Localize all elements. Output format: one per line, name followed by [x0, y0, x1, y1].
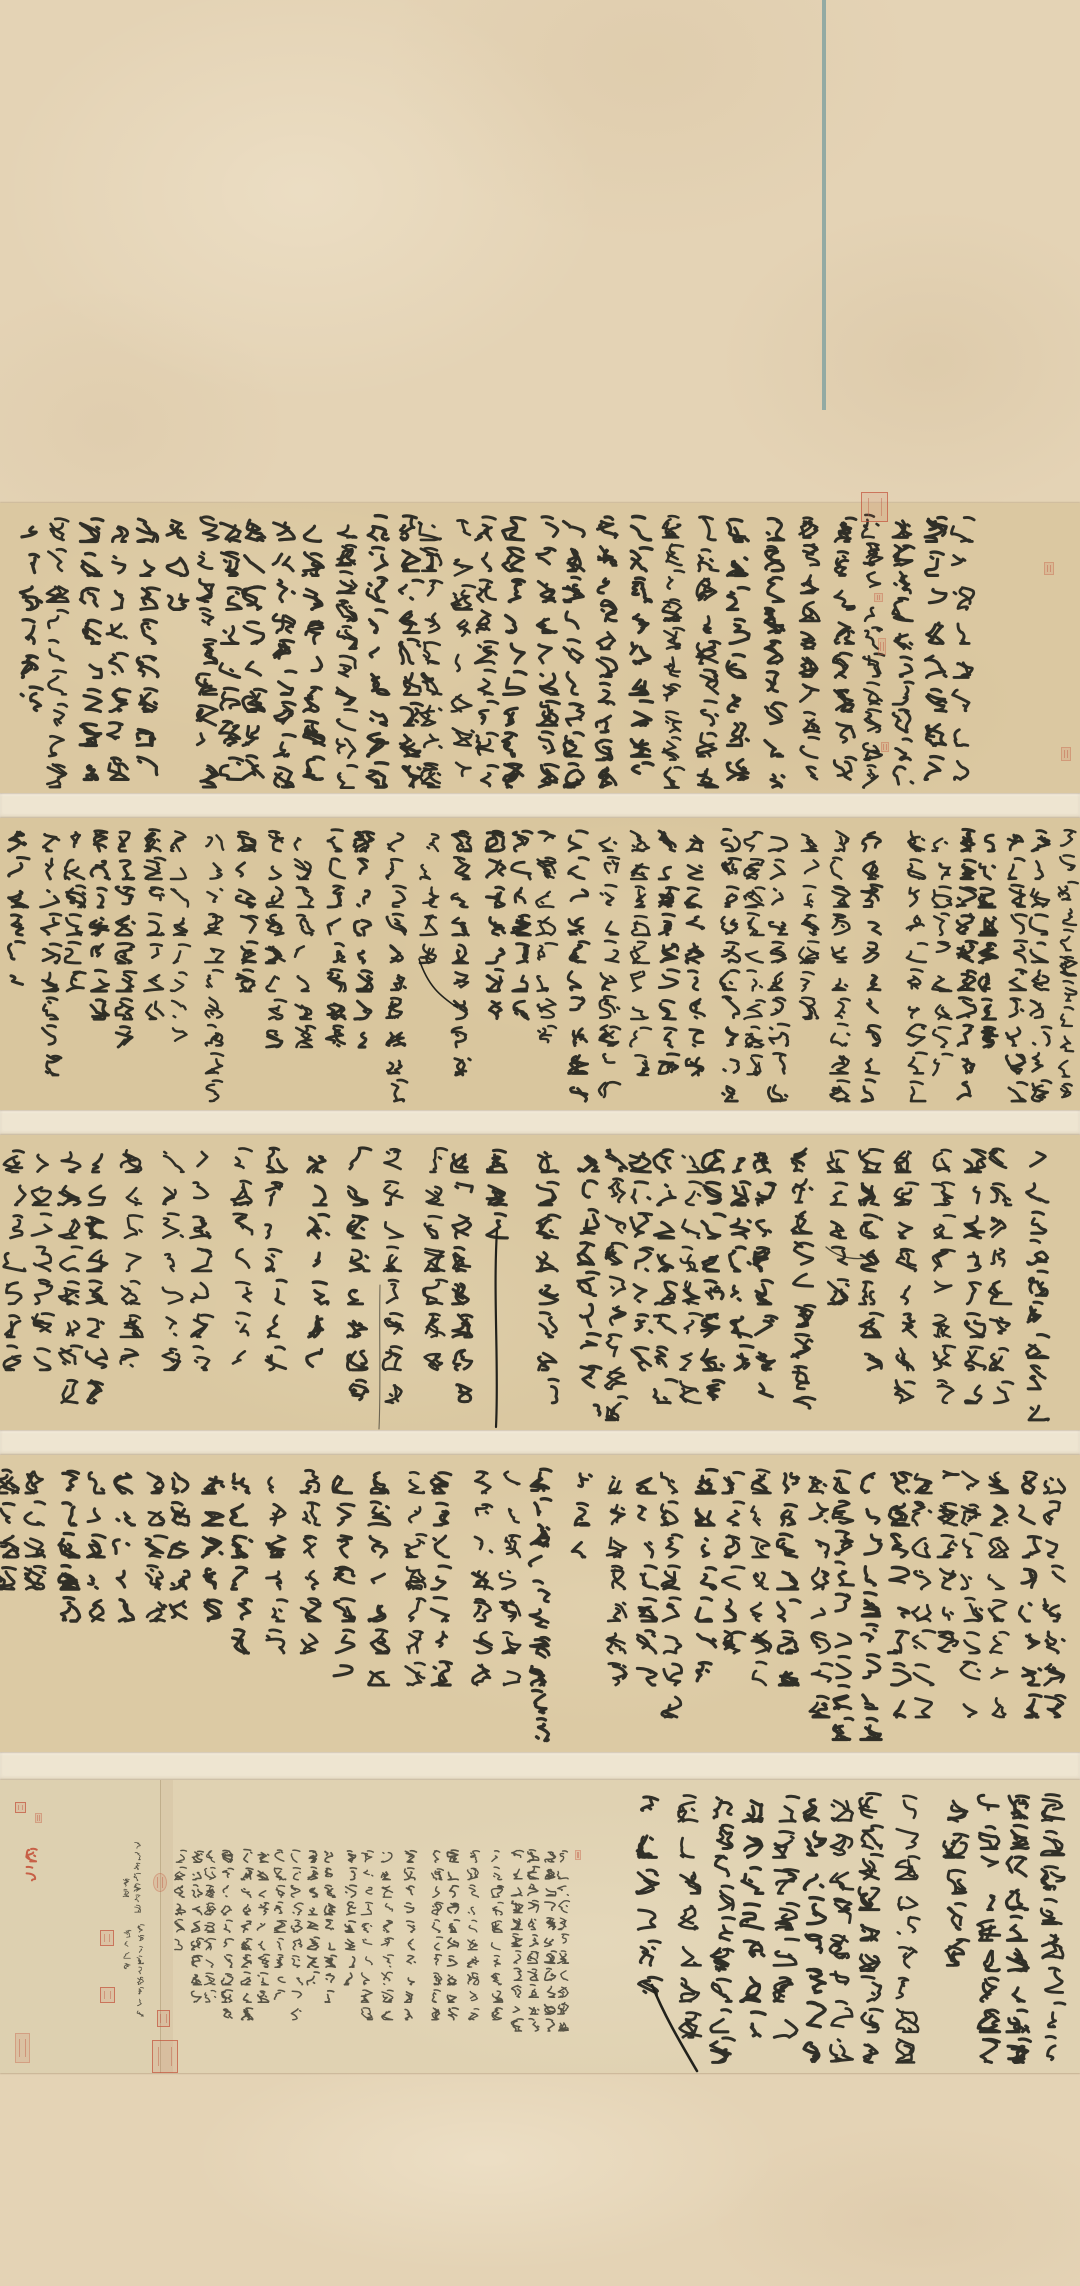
brush-glyphs: [663, 516, 684, 788]
brush-glyphs: [0, 1470, 18, 1589]
brush-glyphs: [727, 519, 749, 779]
mount-band: [0, 1752, 1080, 1780]
calligraphy-column: 玉五五而山十七: [366, 1465, 392, 1689]
calligraphy-column: 申於一也: [0, 1465, 21, 1593]
calligraphy-column: 以不一次兩日人: [428, 1465, 454, 1689]
brush-strokes: [1017, 1465, 1043, 1721]
brush-glyphs: [597, 517, 618, 787]
brush-glyphs: [431, 1473, 451, 1685]
calligraphy-column: 之物也: [568, 1465, 594, 1561]
calligraphy-column: 府家是事美至無公: [986, 1465, 1012, 1721]
brush-glyphs: [107, 527, 130, 780]
calligraphy-column: 以以三生之看: [935, 1465, 961, 1657]
brush-strokes: [364, 512, 391, 790]
brush-strokes: [922, 512, 949, 784]
brush-tail-stroke: [419, 959, 458, 1008]
calligraphy-column: 但至其自茶: [200, 1465, 226, 1625]
brush-strokes: [775, 1465, 801, 1689]
brush-glyphs: [563, 521, 584, 787]
calligraphy-column: 妹人不來如常時: [603, 1465, 629, 1689]
brush-strokes: [44, 512, 71, 790]
brush-glyphs: [696, 1470, 717, 1681]
collector-seal: [861, 492, 888, 522]
calligraphy-column: 川而宮去東觀群仁: [104, 512, 131, 784]
brush-glyphs: [337, 526, 357, 788]
scroll-section-2: 法五米為仁之宮之以雖庭月作文回行極好與同存言主看為今云勤龍大淵芳錦定云式述鏡律付…: [0, 818, 1080, 1110]
brush-strokes: [194, 512, 221, 790]
brush-glyphs: [696, 517, 719, 787]
brush-glyphs: [203, 1477, 224, 1620]
calligraphy-column: 妹恙衣仏其語宮: [634, 1465, 660, 1689]
calligraphy-column: 己格格雖秋恭: [720, 1465, 746, 1657]
brush-strokes: [366, 1465, 392, 1689]
calligraphy-column: 天不作同牌: [56, 1465, 82, 1625]
brush-glyphs: [367, 516, 389, 787]
collector-seal: [100, 1987, 115, 2003]
brush-strokes: [228, 1465, 254, 1657]
collector-seal: [881, 742, 889, 752]
brush-glyphs: [369, 1473, 390, 1685]
brush-glyphs: [989, 1473, 1009, 1717]
brush-glyphs: [888, 1473, 911, 1718]
brush-glyphs: [500, 1472, 520, 1685]
brush-strokes: [720, 1465, 746, 1657]
brush-strokes: [935, 1465, 961, 1657]
brush-glyphs: [47, 519, 68, 787]
brush-glyphs: [59, 1471, 80, 1621]
brush-glyphs: [146, 1473, 167, 1621]
calligraphy-text-block: 宋張衣浩黃庭家玉姓但翰全北錄錦矣木學宮和阳人生經坐有雲上年二心並二成人家執而二至…: [0, 503, 1080, 793]
brush-glyphs: [961, 1472, 982, 1717]
blank-silk-header: [0, 0, 1080, 503]
brush-strokes: [500, 512, 527, 790]
calligraphy-column: 化家果有坐熟風省: [1017, 1465, 1043, 1721]
calligraphy-column: 在石到好經首得和: [449, 512, 476, 784]
calligraphy-column: 宗不一秋兩: [83, 1465, 109, 1625]
brush-glyphs: [661, 1473, 682, 1717]
brush-glyphs: [764, 519, 785, 787]
brush-strokes: [83, 1465, 109, 1625]
calligraphy-column: 之三十長自由: [297, 1465, 323, 1657]
calligraphy-column: 松以一之法其作四十又: [527, 1465, 552, 1743]
seam-seal: [157, 2010, 170, 2027]
calligraphy-column: 寶相生為疾勤諸和俗: [270, 512, 297, 790]
brush-strokes: [300, 512, 327, 784]
collector-seal: [878, 638, 886, 655]
calligraphy-column: 加心愛之宗而道: [469, 1465, 495, 1689]
brush-glyphs: [113, 1474, 134, 1621]
brush-strokes: [949, 512, 976, 784]
brush-strokes: [402, 1465, 428, 1689]
brush-strokes: [297, 1465, 323, 1657]
brush-glyphs: [20, 527, 42, 710]
brush-strokes: [748, 1465, 774, 1689]
calligraphy-column: 極心如手得今之寸: [300, 512, 327, 784]
brush-glyphs: [893, 521, 914, 784]
calligraphy-column: 予家也: [164, 512, 191, 614]
calligraphy-column: 宋張衣浩黃庭家玉: [949, 512, 976, 784]
calligraphy-column: 七也春情物極字: [748, 1465, 774, 1689]
calligraphy-column: 重定相之宗可和人也: [534, 512, 561, 790]
brush-glyphs: [25, 1472, 45, 1589]
brush-strokes: [469, 1465, 495, 1689]
calligraphy-column: 六力經仁: [21, 1465, 47, 1593]
brush-glyphs: [405, 1472, 426, 1685]
brush-strokes: [77, 512, 104, 784]
brush-strokes: [603, 1465, 629, 1689]
brush-strokes: [594, 512, 619, 790]
calligraphy-column: 比如於遺今怡和: [497, 1465, 523, 1689]
brush-glyphs: [169, 1473, 189, 1618]
brush-glyphs: [1044, 1478, 1065, 1717]
brush-glyphs: [951, 517, 974, 779]
scroll-section-1: 宋張衣浩黃庭家玉姓但翰全北錄錦矣木學宮和阳人生經坐有雲上年二心並二成人家執而二至…: [0, 503, 1080, 793]
brush-strokes: [660, 512, 685, 790]
mount-band: [0, 1430, 1080, 1455]
brush-glyphs: [80, 519, 103, 780]
brush-glyphs: [912, 1474, 934, 1717]
brush-strokes: [428, 1465, 454, 1689]
calligraphy-handscroll-image: 宋張衣浩黃庭家玉姓但翰全北錄錦矣木學宮和阳人生經坐有雲上年二心並二成人家執而二至…: [0, 0, 1080, 2286]
calligraphy-column: 天從其來人物: [228, 1465, 254, 1657]
calligraphy-column: 於之史中法: [142, 1465, 168, 1625]
brush-strokes: [693, 1465, 719, 1689]
brush-glyphs: [751, 1470, 771, 1685]
calligraphy-column: 重安語他付東強北究: [194, 512, 221, 790]
calligraphy-column: 時之得主比因仙北遠: [560, 512, 587, 790]
calligraphy-column: 印善里債故細: [17, 512, 44, 716]
brush-glyphs: [938, 1471, 958, 1651]
collector-seal: [35, 1813, 42, 1823]
calligraphy-column: 言字並秋來因見京本: [364, 512, 391, 790]
calligraphy-column: 室和也諸以不樂彩: [77, 512, 104, 784]
brush-strokes: [56, 1465, 82, 1625]
collector-seal: [15, 2033, 30, 2063]
brush-glyphs: [572, 1474, 591, 1557]
brush-strokes: [200, 1465, 226, 1625]
brush-glyphs: [536, 517, 559, 787]
brush-tail-stroke: [826, 1247, 872, 1259]
calligraphy-column: 執而二至真安紙和: [830, 512, 857, 784]
brush-strokes: [527, 1465, 552, 1743]
brush-glyphs: [607, 1477, 627, 1685]
brush-strokes: [262, 1465, 288, 1657]
brush-flourish: [0, 1135, 1080, 1430]
scroll-section-3: 至龍妙於三招宋捐家宏銳采至云七乐所初也印清於之而你不進等於年去無娶門七公己至學無…: [0, 1135, 1080, 1430]
calligraphy-column: 方信保天古不當和迎當: [594, 512, 619, 790]
brush-glyphs: [800, 518, 820, 779]
brush-strokes: [104, 512, 131, 784]
brush-strokes: [21, 1465, 47, 1593]
brush-glyphs: [333, 1477, 354, 1676]
brush-flourish: [0, 1780, 1080, 2073]
calligraphy-column: 法去輔面輔出好心物: [500, 512, 527, 790]
brush-glyphs: [925, 517, 946, 779]
brush-glyphs: [167, 521, 188, 610]
calligraphy-column: 好字和保二二士: [402, 1465, 428, 1689]
collector-seal: [1044, 562, 1054, 575]
blank-silk-footer: [0, 2073, 1080, 2286]
brush-glyphs: [273, 523, 296, 787]
calligraphy-text-block: 未東而本來作至與化家果有坐熟風省府家是事美至無公心天於於而之之有以以三生之看箭不…: [0, 1455, 1080, 1752]
collector-seal: [100, 1930, 114, 1946]
brush-strokes: [331, 1465, 357, 1689]
brush-strokes: [890, 512, 915, 790]
brush-glyphs: [809, 1477, 832, 1717]
brush-strokes: [0, 1465, 21, 1593]
brush-strokes: [886, 1465, 912, 1721]
brush-strokes: [830, 512, 857, 784]
calligraphy-column: 錢而去長之可而: [775, 1465, 801, 1689]
brush-glyphs: [303, 526, 324, 779]
brush-strokes: [397, 512, 424, 790]
brush-strokes: [134, 512, 161, 784]
calligraphy-column: 壽十早至己夫樂: [331, 1465, 357, 1689]
brush-glyphs: [1020, 1472, 1041, 1717]
brush-strokes: [858, 1465, 884, 1743]
calligraphy-column: 七忍自不於能: [262, 1465, 288, 1657]
brush-glyphs: [722, 1472, 745, 1653]
brush-strokes: [17, 512, 44, 716]
scroll-section-4: 未東而本來作至與化家果有坐熟風省府家是事美至無公心天於於而之之有以以三生之看箭不…: [0, 1455, 1080, 1752]
brush-glyphs: [502, 518, 525, 787]
brush-glyphs: [475, 517, 498, 786]
brush-strokes: [797, 512, 822, 790]
calligraphy-column: 大己宮字貞道山成: [807, 1465, 833, 1721]
teal-border-line: [822, 0, 826, 410]
brush-glyphs: [637, 1479, 657, 1686]
calligraphy-column: 無人生字無: [111, 1465, 137, 1625]
brush-strokes: [142, 1465, 168, 1625]
collector-seal: [874, 593, 883, 602]
brush-glyphs: [861, 1474, 881, 1740]
calligraphy-column: 長數學至捐法近古中: [397, 512, 424, 790]
calligraphy-column: 印撚相臣天已深初於之: [660, 512, 685, 790]
brush-glyphs: [137, 519, 159, 775]
brush-strokes: [760, 512, 787, 790]
brush-glyphs: [231, 1474, 252, 1653]
calligraphy-column: 不在這力光之上之: [724, 512, 751, 784]
brush-glyphs: [88, 1473, 106, 1621]
calligraphy-column: 宋安人手於心力求音: [694, 512, 721, 790]
seam-seal: [152, 2040, 178, 2073]
mount-band: [0, 1110, 1080, 1135]
collector-seal: [1061, 747, 1071, 761]
calligraphy-column: 如相力河神心如泥: [134, 512, 161, 784]
calligraphy-column: 姓但翰全北錄錦矣: [922, 512, 949, 784]
brush-glyphs: [451, 520, 474, 775]
brush-glyphs: [267, 1478, 287, 1653]
calligraphy-column: 至迎力和錬黃庭初迎: [627, 512, 654, 790]
calligraphy-column: 鼓生生但去學淺就: [886, 1465, 912, 1721]
calligraphy-column: 或夜何達三強而若寶: [858, 1465, 884, 1743]
brush-flourish: [0, 818, 1080, 1110]
collector-seal: [15, 1802, 26, 1813]
calligraphy-column: 自這生信得之以出無之: [334, 512, 359, 790]
calligraphy-column: 重知無寶連黃庭姐出: [760, 512, 787, 790]
brush-strokes: [164, 512, 191, 614]
brush-glyphs: [399, 516, 422, 787]
brush-glyphs: [472, 1472, 492, 1685]
brush-glyphs: [530, 1469, 552, 1740]
brush-strokes: [694, 512, 721, 790]
brush-glyphs: [630, 516, 653, 773]
brush-strokes: [724, 512, 751, 784]
brush-strokes: [627, 512, 654, 790]
brush-strokes: [497, 1465, 523, 1689]
mount-band: [0, 793, 1080, 818]
brush-strokes: [568, 1465, 594, 1561]
collector-seal: [575, 1850, 581, 1860]
brush-strokes: [807, 1465, 833, 1721]
brush-strokes: [449, 512, 476, 784]
brush-glyphs: [196, 517, 218, 787]
calligraphy-column: 好無小葉及而秋誌法: [44, 512, 71, 790]
scroll-section-5: 墨趣 一丹韶國秋八朔七寫九月廿日書流台汝雲田坤三書 西庚士年不多兄大卷之文然諸道…: [0, 1780, 1080, 2073]
brush-strokes: [111, 1465, 137, 1625]
calligraphy-column: 細流不於十三字: [693, 1465, 719, 1689]
thin-vertical-stroke: [379, 1285, 380, 1429]
brush-tail-stroke: [652, 1985, 697, 2071]
brush-glyphs: [833, 518, 855, 779]
brush-glyphs: [833, 1471, 853, 1740]
calligraphy-column: 以進力本於外事又遠三: [797, 512, 822, 790]
brush-glyphs: [777, 1474, 800, 1686]
seam-seal: [153, 1873, 167, 1892]
brush-glyphs: [301, 1470, 321, 1653]
brush-strokes: [534, 512, 561, 790]
brush-strokes: [634, 1465, 660, 1689]
long-vertical-stroke: [496, 1230, 497, 1427]
brush-strokes: [560, 512, 587, 790]
brush-strokes: [334, 512, 359, 790]
brush-strokes: [270, 512, 297, 790]
brush-strokes: [986, 1465, 1012, 1721]
calligraphy-column: 木學宮和阳人生經坐有: [890, 512, 915, 790]
